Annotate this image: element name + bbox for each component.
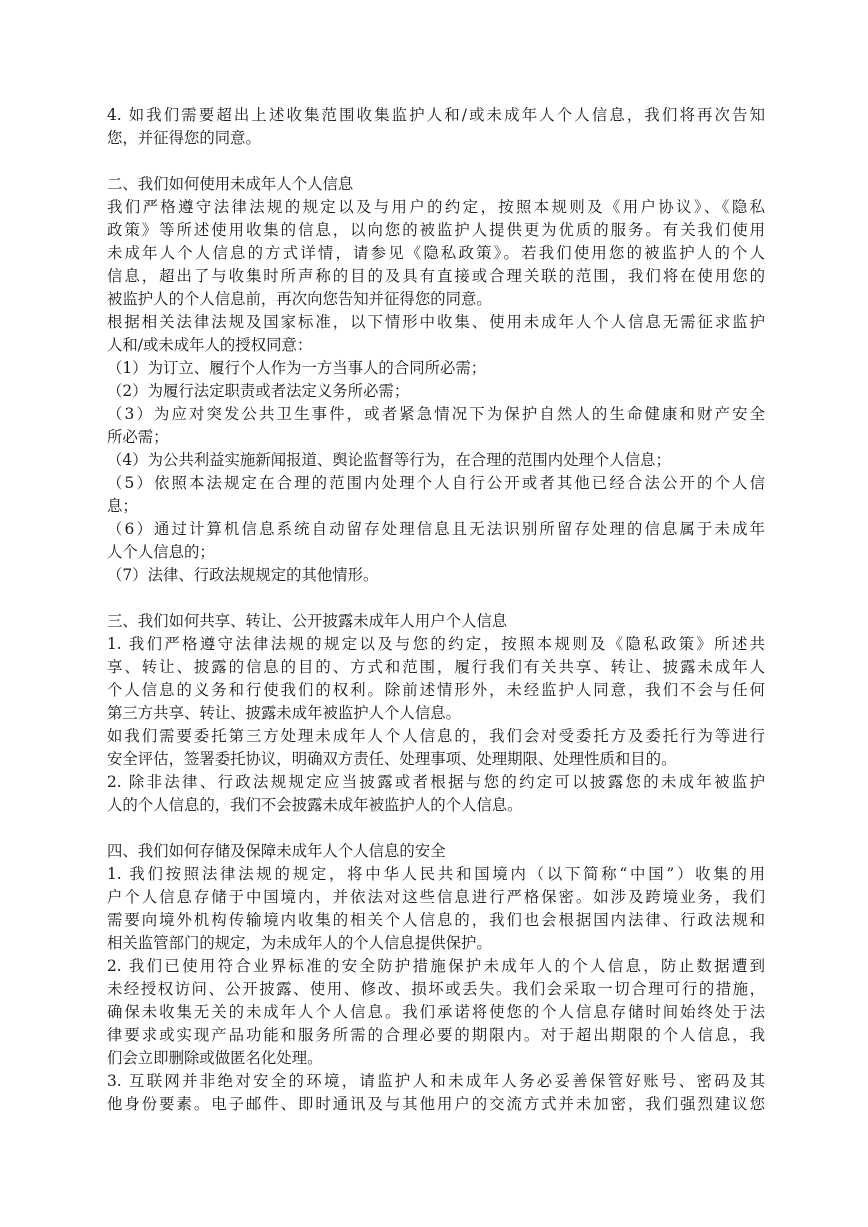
text-line: 所必需； xyxy=(107,426,765,449)
text-line: （4）为公共利益实施新闻报道、舆论监督等行为，在合理的范围内处理个人信息； xyxy=(107,449,765,472)
text-line: 1. 我们按照法律法规的规定，将中华人民共和国境内（以下简称“中国”）收集的用 xyxy=(107,863,765,886)
text-line: 政策》等所述使用收集的信息，以向您的被监护人提供更为优质的服务。有关我们使用 xyxy=(107,219,765,242)
text-line: 相关监管部门的规定，为未成年人的个人信息提供保护。 xyxy=(107,932,765,955)
text-line: 信息，超出了与收集时所声称的目的及具有直接或合理关联的范围，我们将在使用您的 xyxy=(107,265,765,288)
text-line: 二、我们如何使用未成年人个人信息 xyxy=(107,173,765,196)
text-line: 享、转让、披露的信息的目的、方式和范围，履行我们有关共享、转让、披露未成年人 xyxy=(107,656,765,679)
text-line: （5）依照本法规定在合理的范围内处理个人自行公开或者其他已经合法公开的个人信 xyxy=(107,472,765,495)
text-line: 如我们需要委托第三方处理未成年人个人信息的，我们会对受委托方及委托行为等进行 xyxy=(107,725,765,748)
text-line: 需要向境外机构传输境内收集的相关个人信息的，我们也会根据国内法律、行政法规和 xyxy=(107,909,765,932)
text-line: 您，并征得您的同意。 xyxy=(107,127,765,150)
text-line: 人个人信息的； xyxy=(107,541,765,564)
text-line: 我们严格遵守法律法规的规定以及与用户的约定，按照本规则及《用户协议》、《隐私 xyxy=(107,196,765,219)
blank-line xyxy=(107,587,765,610)
text-line: 安全评估，签署委托协议，明确双方责任、处理事项、处理期限、处理性质和目的。 xyxy=(107,748,765,771)
text-line: 第三方共享、转让、披露未成年被监护人个人信息。 xyxy=(107,702,765,725)
text-line: 未成年人个人信息的方式详情，请参见《隐私政策》。若我们使用您的被监护人的个人 xyxy=(107,242,765,265)
text-line: （1）为订立、履行个人作为一方当事人的合同所必需； xyxy=(107,357,765,380)
text-line: 息； xyxy=(107,495,765,518)
text-line: 律要求或实现产品功能和服务所需的合理必要的期限内。对于超出期限的个人信息，我 xyxy=(107,1024,765,1047)
text-line: 未经授权访问、公开披露、使用、修改、损坏或丢失。我们会采取一切合理可行的措施， xyxy=(107,978,765,1001)
text-line: 人和/或未成年人的授权同意： xyxy=(107,334,765,357)
text-line: （6）通过计算机信息系统自动留存处理信息且无法识别所留存处理的信息属于未成年 xyxy=(107,518,765,541)
text-line: 户个人信息存储于中国境内，并依法对这些信息进行严格保密。如涉及跨境业务，我们 xyxy=(107,886,765,909)
text-line: 个人信息的义务和行使我们的权利。除前述情形外，未经监护人同意，我们不会与任何 xyxy=(107,679,765,702)
text-line: 他身份要素。电子邮件、即时通讯及与其他用户的交流方式并未加密，我们强烈建议您 xyxy=(107,1093,765,1116)
text-line: 根据相关法律法规及国家标准，以下情形中收集、使用未成年人个人信息无需征求监护 xyxy=(107,311,765,334)
text-line: 4. 如我们需要超出上述收集范围收集监护人和/或未成年人个人信息，我们将再次告知 xyxy=(107,104,765,127)
document-page: 4. 如我们需要超出上述收集范围收集监护人和/或未成年人个人信息，我们将再次告知… xyxy=(107,104,765,1116)
blank-line xyxy=(107,817,765,840)
text-line: 2. 我们已使用符合业界标准的安全防护措施保护未成年人的个人信息，防止数据遭到 xyxy=(107,955,765,978)
text-line: 四、我们如何存储及保障未成年人个人信息的安全 xyxy=(107,840,765,863)
text-line: 人的个人信息的，我们不会披露未成年被监护人的个人信息。 xyxy=(107,794,765,817)
text-line: 1. 我们严格遵守法律法规的规定以及与您的约定，按照本规则及《隐私政策》所述共 xyxy=(107,633,765,656)
text-line: 们会立即删除或做匿名化处理。 xyxy=(107,1047,765,1070)
blank-line xyxy=(107,150,765,173)
text-line: 2. 除非法律、行政法规规定应当披露或者根据与您的约定可以披露您的未成年被监护 xyxy=(107,771,765,794)
text-line: （2）为履行法定职责或者法定义务所必需； xyxy=(107,380,765,403)
text-line: （3）为应对突发公共卫生事件，或者紧急情况下为保护自然人的生命健康和财产安全 xyxy=(107,403,765,426)
text-line: 3. 互联网并非绝对安全的环境，请监护人和未成年人务必妥善保管好账号、密码及其 xyxy=(107,1070,765,1093)
text-line: 确保未收集无关的未成年人个人信息。我们承诺将使您的个人信息存储时间始终处于法 xyxy=(107,1001,765,1024)
text-line: 三、我们如何共享、转让、公开披露未成年人用户个人信息 xyxy=(107,610,765,633)
text-line: （7）法律、行政法规规定的其他情形。 xyxy=(107,564,765,587)
text-line: 被监护人的个人信息前，再次向您告知并征得您的同意。 xyxy=(107,288,765,311)
